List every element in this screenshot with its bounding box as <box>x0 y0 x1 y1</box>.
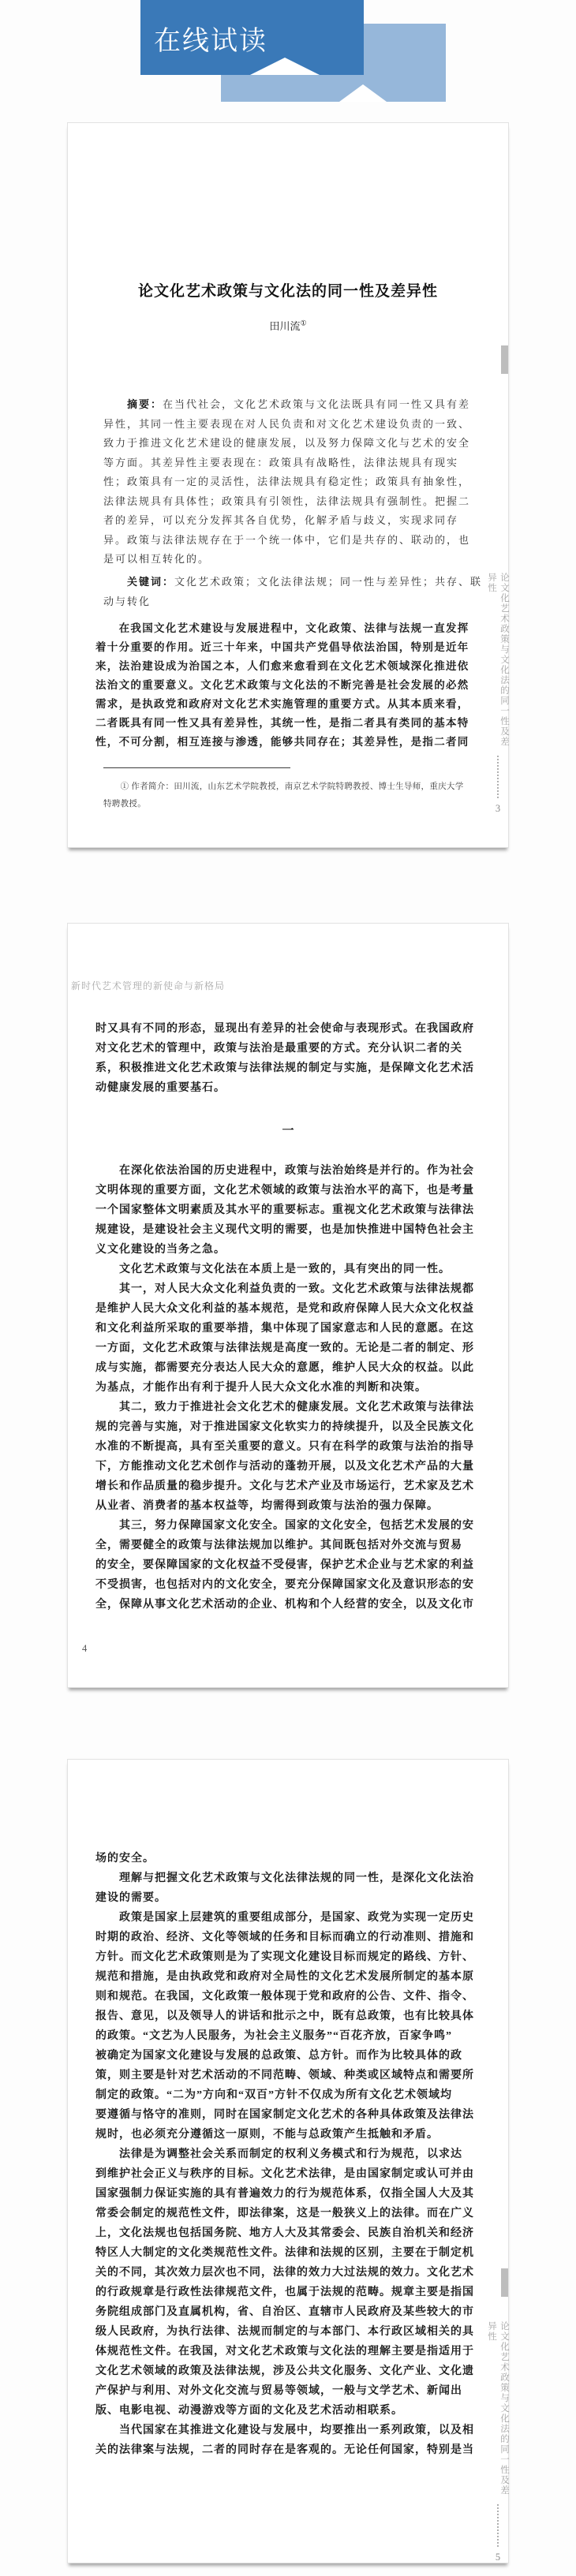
text-line: 水准的不断提高，具有至关重要的意义。只有在科学的政策与法治的指导 <box>95 1437 490 1457</box>
text-line: 二者既具有同一性又具有差异性，其统一性，是指二者具有类同的基本特 <box>95 714 490 733</box>
text-line: 在深化依法治国的历史进程中，政策与法治始终是并行的。作为社会 <box>95 1161 490 1181</box>
text-line: 全，保障从事文化艺术活动的企业、机构和个人经营的安全，以及文化市 <box>95 1595 490 1615</box>
ribbon-notch-icon <box>339 84 387 102</box>
text-line: 性；政策具有一定的灵活性，法律法规具有稳定性；政策具有抽象性， <box>103 472 492 492</box>
fore-edge-tab <box>501 345 508 374</box>
text-line: 体规范性文件。在我国，对文化艺术政策与文化法的理解主要是指适用于 <box>95 2342 490 2361</box>
text-line: 特聘教授。 <box>103 796 494 813</box>
text-line: 国家强制力保证实施的具有普遍效力的行为规范体系，仅指全国人大及其 <box>95 2184 490 2204</box>
fore-edge-strip: 论文化艺术政策与文化法的同一性及差异性 3 <box>489 573 507 815</box>
text-line: 不受损害，也包括对内的文化安全，要充分保障国家文化及意识形态的安 <box>95 1575 490 1595</box>
text-line: 对文化艺术的管理中，政策与法治是最重要的方式。充分认识二者的关 <box>95 1039 490 1058</box>
text-line: 报告、意见，以及领导人的讲话和批示之中，既有总政策，也有比较具体 <box>95 2007 490 2026</box>
body-text-block: 在深化依法治国的历史进程中，政策与法治始终是并行的。作为社会文明体现的重要方面，… <box>95 1161 490 1615</box>
text-line: 规的完善与实施，对于推进国家文化软实力的持续提升，以及全民族文化 <box>95 1417 490 1437</box>
text-line: 规建设，是建设社会主义现代文明的需要，也是加快推进中国特色社会主 <box>95 1220 490 1240</box>
author-name: 田川流 <box>269 320 300 332</box>
abstract-first-line: 摘要：在当代社会，文化艺术政策与文化法既具有同一性又具有差 <box>103 395 492 415</box>
text-line: 增长和作品质量的稳步提升。文化与艺术产业及市场运行，艺术家及艺术 <box>95 1477 490 1496</box>
fore-edge-strip: 论文化艺术政策与文化法的同一性及差异性 5 <box>489 2321 507 2563</box>
text-line: 等方面。其差异性主要表现在：政策具有战略性，法律法规具有现实 <box>103 454 492 473</box>
text-line: 文化艺术政策与文化法在本质上是一致的，具有突出的同一性。 <box>95 1260 490 1279</box>
abstract-lines: 异性，其同一性主要表现在对人民负责和对文化艺术建设负责的一致、致力于推进文化艺术… <box>103 415 492 569</box>
text-line: 者的差异，可以充分发挥其各自优势，化解矛盾与歧义，实现求同存 <box>103 511 492 531</box>
text-line: 规时，也必须充分遵循这一原则，不能与总政策产生抵触和矛盾。 <box>95 2125 490 2145</box>
article-title: 论文化艺术政策与文化法的同一性及差异性 <box>68 279 508 301</box>
abstract-label: 摘要： <box>103 398 163 410</box>
text-line: 其一，对人民大众文化利益负责的一致。文化艺术政策与法律法规都 <box>95 1279 490 1299</box>
text-line: 下，方能推动文化艺术创作与活动的蓬勃开展，以及文化艺术产品的大量 <box>95 1457 490 1477</box>
scan-page-1: 论文化艺术政策与文化法的同一性及差异性 田川流① 摘要：在当代社会，文化艺术政策… <box>67 122 509 848</box>
text-line: 理解与把握文化艺术政策与文化法律法规的同一性，是深化文化法治 <box>95 1869 490 1888</box>
body-text-block: 在我国文化艺术建设与发展进程中，文化政策、法律与法规一直发挥着十分重要的作用。近… <box>95 619 490 752</box>
text-line: 异性，其同一性主要表现在对人民负责和对文化艺术建设负责的一致、 <box>103 415 492 435</box>
keywords-text: 文化艺术政策；文化法律法规；同一性与差异性；共存、联 <box>174 576 482 588</box>
text-line: 特区人大制定的文化类规范性文件。法律和法规的区别，主要在于制定机 <box>95 2243 490 2263</box>
abstract-block: 摘要：在当代社会，文化艺术政策与文化法既具有同一性又具有差 异性，其同一性主要表… <box>103 395 492 569</box>
text-line: 其三，努力保障国家文化安全。国家的文化安全，包括艺术发展的安 <box>95 1516 490 1536</box>
side-article-title: 论文化艺术政策与文化法的同一性及差异性 <box>485 573 511 752</box>
running-head: 新时代艺术管理的新使命与新格局 <box>71 979 225 992</box>
text-line: 全，需要健全的政策与法律法规加以维护。其间既包括对外交流与贸易 <box>95 1536 490 1555</box>
text-line: 版、电影电视、动漫游戏等方面的文化及艺术活动相联系。 <box>95 2401 490 2421</box>
text-line: 成与实施，都需要充分表达人民大众的意愿，维护人民大众的权益。以此 <box>95 1358 490 1378</box>
text-line: 来，法治建设成为治国之本，人们愈来愈看到在文化艺术领域深化推进依 <box>95 657 490 676</box>
banner-ribbon-front: 在线试读 <box>140 0 364 75</box>
text-line: 性，不可分割，相互连接与渗透，能够共同存在；其差异性，是指二者同 <box>95 733 490 752</box>
ribbon-notch-icon <box>250 58 320 75</box>
side-article-title: 论文化艺术政策与文化法的同一性及差异性 <box>485 2321 511 2501</box>
text-line: 文化艺术领域的政策及法律法规，涉及公共文化服务、文化产业、文化遗 <box>95 2361 490 2381</box>
text-line: 策，则主要是针对艺术活动的不同范畴、领域、种类或区域特点和需要所 <box>95 2066 490 2085</box>
text-line: 需求，是执政党和政府对文化艺术实施管理的重要方式。从其本质来看， <box>95 695 490 714</box>
text-line: ① 作者简介：田川流，山东艺术学院教授，南京艺术学院特聘教授、博士生导师，重庆大… <box>103 778 494 796</box>
text-line: 上，文化法规也包括国务院、地方人大及其常委会、民族自治机关和经济 <box>95 2223 490 2243</box>
text-line: 文明体现的重要方面，文化艺术领域的政策与法治水平的高下，也是考量 <box>95 1181 490 1200</box>
text-line: 场的安全。 <box>95 1849 490 1869</box>
text-line: 产保护与利用、对外文化交流与贸易等领域，一般与文学艺术、新闻出 <box>95 2381 490 2401</box>
text-line: 要遵循与恪守的准则，同时在国家制定文化艺术的各种具体政策及法律法 <box>95 2105 490 2125</box>
text-line: 系，积极推进文化艺术政策与法律法规的制定与实施，是保障文化艺术活 <box>95 1058 490 1078</box>
text-line: 制定的政策。“二为”方向和“双百”方针不仅成为所有文化艺术领域均 <box>95 2085 490 2105</box>
text-line: 动健康发展的重要基石。 <box>95 1078 490 1098</box>
text-line: 则和规范。在我国，文化政策一般体现于党和政府的公告、文件、指令、 <box>95 1987 490 2007</box>
text-line: 致力于推进文化艺术建设的健康发展，以及努力保障文化与艺术的安全 <box>103 434 492 454</box>
text-line: 异。政策与法律法规存在于一个统一体中，它们是共存的、联动的，也 <box>103 531 492 551</box>
scan-page-2: 新时代艺术管理的新使命与新格局 时又具有不同的形态，显现出有差异的社会使命与表现… <box>67 923 509 1688</box>
footnote-divider <box>103 767 290 768</box>
text-line: 级人民政府，为执行法律、法规而制定的与本部门、本行政区域相关的具 <box>95 2322 490 2342</box>
text-line: 法律法规具有具体性；政策具有引领性，法律法规具有强制性。把握二 <box>103 492 492 512</box>
keywords-label: 关键词： <box>103 576 174 588</box>
text-line: 到维护社会正义与秩序的目标。文化艺术法律，是由国家制定或认可并由 <box>95 2164 490 2184</box>
text-line: 一个国家整体文明素质及其水平的重要标志。重视文化艺术政策与法律法 <box>95 1200 490 1220</box>
text-line: 关的不同，其次效力层次也不同，法律的效力大过法规的效力。文化艺术 <box>95 2263 490 2283</box>
banner-title: 在线试读 <box>154 19 267 58</box>
text-line: 是维护人民大众文化利益的基本规范，是党和政府保障人民大众文化权益 <box>95 1299 490 1319</box>
trial-reading-view: 在线试读 论文化艺术政策与文化法的同一性及差异性 田川流① 摘要：在当代社会，文… <box>0 0 576 2576</box>
page-number: 5 <box>496 2552 500 2563</box>
page-number: 4 <box>82 1643 87 1655</box>
text-line: 为基点，才能作出有利于提升人民大众文化水准的判断和决策。 <box>95 1378 490 1398</box>
text-line: 着十分重要的作用。近三十年来，中国共产党倡导依法治国，特别是近年 <box>95 638 490 657</box>
text-line: 时期的政治、经济、文化等领域的任务和目标而确立的行动准则、措施和 <box>95 1928 490 1947</box>
dotted-leader-icon <box>497 756 499 798</box>
body-text-block: 时又具有不同的形态，显现出有差异的社会使命与表现形式。在我国政府对文化艺术的管理… <box>95 1019 490 1098</box>
section-mark: 一 <box>68 1122 508 1138</box>
text-line: 关的法律案与法规，二者的同时存在是客观的。无论任何国家，特别是当 <box>95 2440 490 2460</box>
text-line: 被确定为国家文化建设与发展的总政策、总方针。而作为比较具体的政 <box>95 2046 490 2066</box>
keywords-first-line: 关键词：文化艺术政策；文化法律法规；同一性与差异性；共存、联 <box>103 573 492 592</box>
text-line: 常委会制定的规范性文件，即法律案，这是一般狭义上的法律。而在广义 <box>95 2204 490 2223</box>
text-line: 的政策。“文艺为人民服务，为社会主义服务”“百花齐放，百家争鸣” <box>95 2026 490 2046</box>
text-line: 政策是国家上层建筑的重要组成部分，是国家、政党为实现一定历史 <box>95 1908 490 1928</box>
footnote-block: ① 作者简介：田川流，山东艺术学院教授，南京艺术学院特聘教授、博士生导师，重庆大… <box>103 778 494 813</box>
text-line: 法律是为调整社会关系而制定的权利义务模式和行为规范，以求达 <box>95 2145 490 2164</box>
text-line: 和文化利益所采取的重要举措，集中体现了国家意志和人民的意愿。在这 <box>95 1319 490 1338</box>
text-line: 在我国文化艺术建设与发展进程中，文化政策、法律与法规一直发挥 <box>95 619 490 638</box>
scan-page-3: 场的安全。 理解与把握文化艺术政策与文化法律法规的同一性，是深化文化法治建设的需… <box>67 1759 509 2563</box>
text-line: 从业者、消费者的基本权益等，均需得到政策与法治的强力保障。 <box>95 1496 490 1516</box>
text-line: 法治文的重要意义。文化艺术政策与文化法的不断完善是社会发展的必然 <box>95 676 490 695</box>
text-line: 建设的需要。 <box>95 1888 490 1908</box>
author-footnote-marker: ① <box>300 319 306 327</box>
text-line: 规范和措施，是由执政党和政府对全局性的文化艺术发展所制定的基本原 <box>95 1967 490 1987</box>
text-line: 的行政规章是行政性法律规范文件，也属于法规的范畴。规章主要是指国 <box>95 2283 490 2302</box>
text-line: 当代国家在其推进文化建设与发展中，均要推出一系列政策，以及相 <box>95 2421 490 2440</box>
text-line: 时又具有不同的形态，显现出有差异的社会使命与表现形式。在我国政府 <box>95 1019 490 1039</box>
article-author: 田川流① <box>68 318 508 333</box>
text-line: 其二，致力于推进社会文化艺术的健康发展。文化艺术政策与法律法 <box>95 1398 490 1417</box>
dotted-leader-icon <box>497 2504 499 2547</box>
fore-edge-tab <box>501 2268 508 2297</box>
abstract-text: 在当代社会，文化艺术政策与文化法既具有同一性又具有差 <box>163 398 470 410</box>
text-line: 义文化建设的当务之急。 <box>95 1240 490 1260</box>
text-line: 务院组成部门及直属机构，省、自治区、直辖市人民政府及某些较大的市 <box>95 2302 490 2322</box>
text-line: 一方面，文化艺术政策与法律法规是高度一致的。无论是二者的制定、形 <box>95 1338 490 1358</box>
text-line: 的安全，要保障国家的文化权益不受侵害，保护艺术企业与艺术家的利益 <box>95 1555 490 1575</box>
text-line: 方针。而文化艺术政策则是为了实现文化建设目标而规定的路线、方针、 <box>95 1947 490 1967</box>
keywords-block: 关键词：文化艺术政策；文化法律法规；同一性与差异性；共存、联 动与转化 <box>103 573 492 611</box>
text-line: 是可以相互转化的。 <box>103 550 492 569</box>
body-text-block: 场的安全。 理解与把握文化艺术政策与文化法律法规的同一性，是深化文化法治建设的需… <box>95 1849 490 2460</box>
page-number: 3 <box>496 803 500 815</box>
keywords-second-line: 动与转化 <box>103 592 492 612</box>
